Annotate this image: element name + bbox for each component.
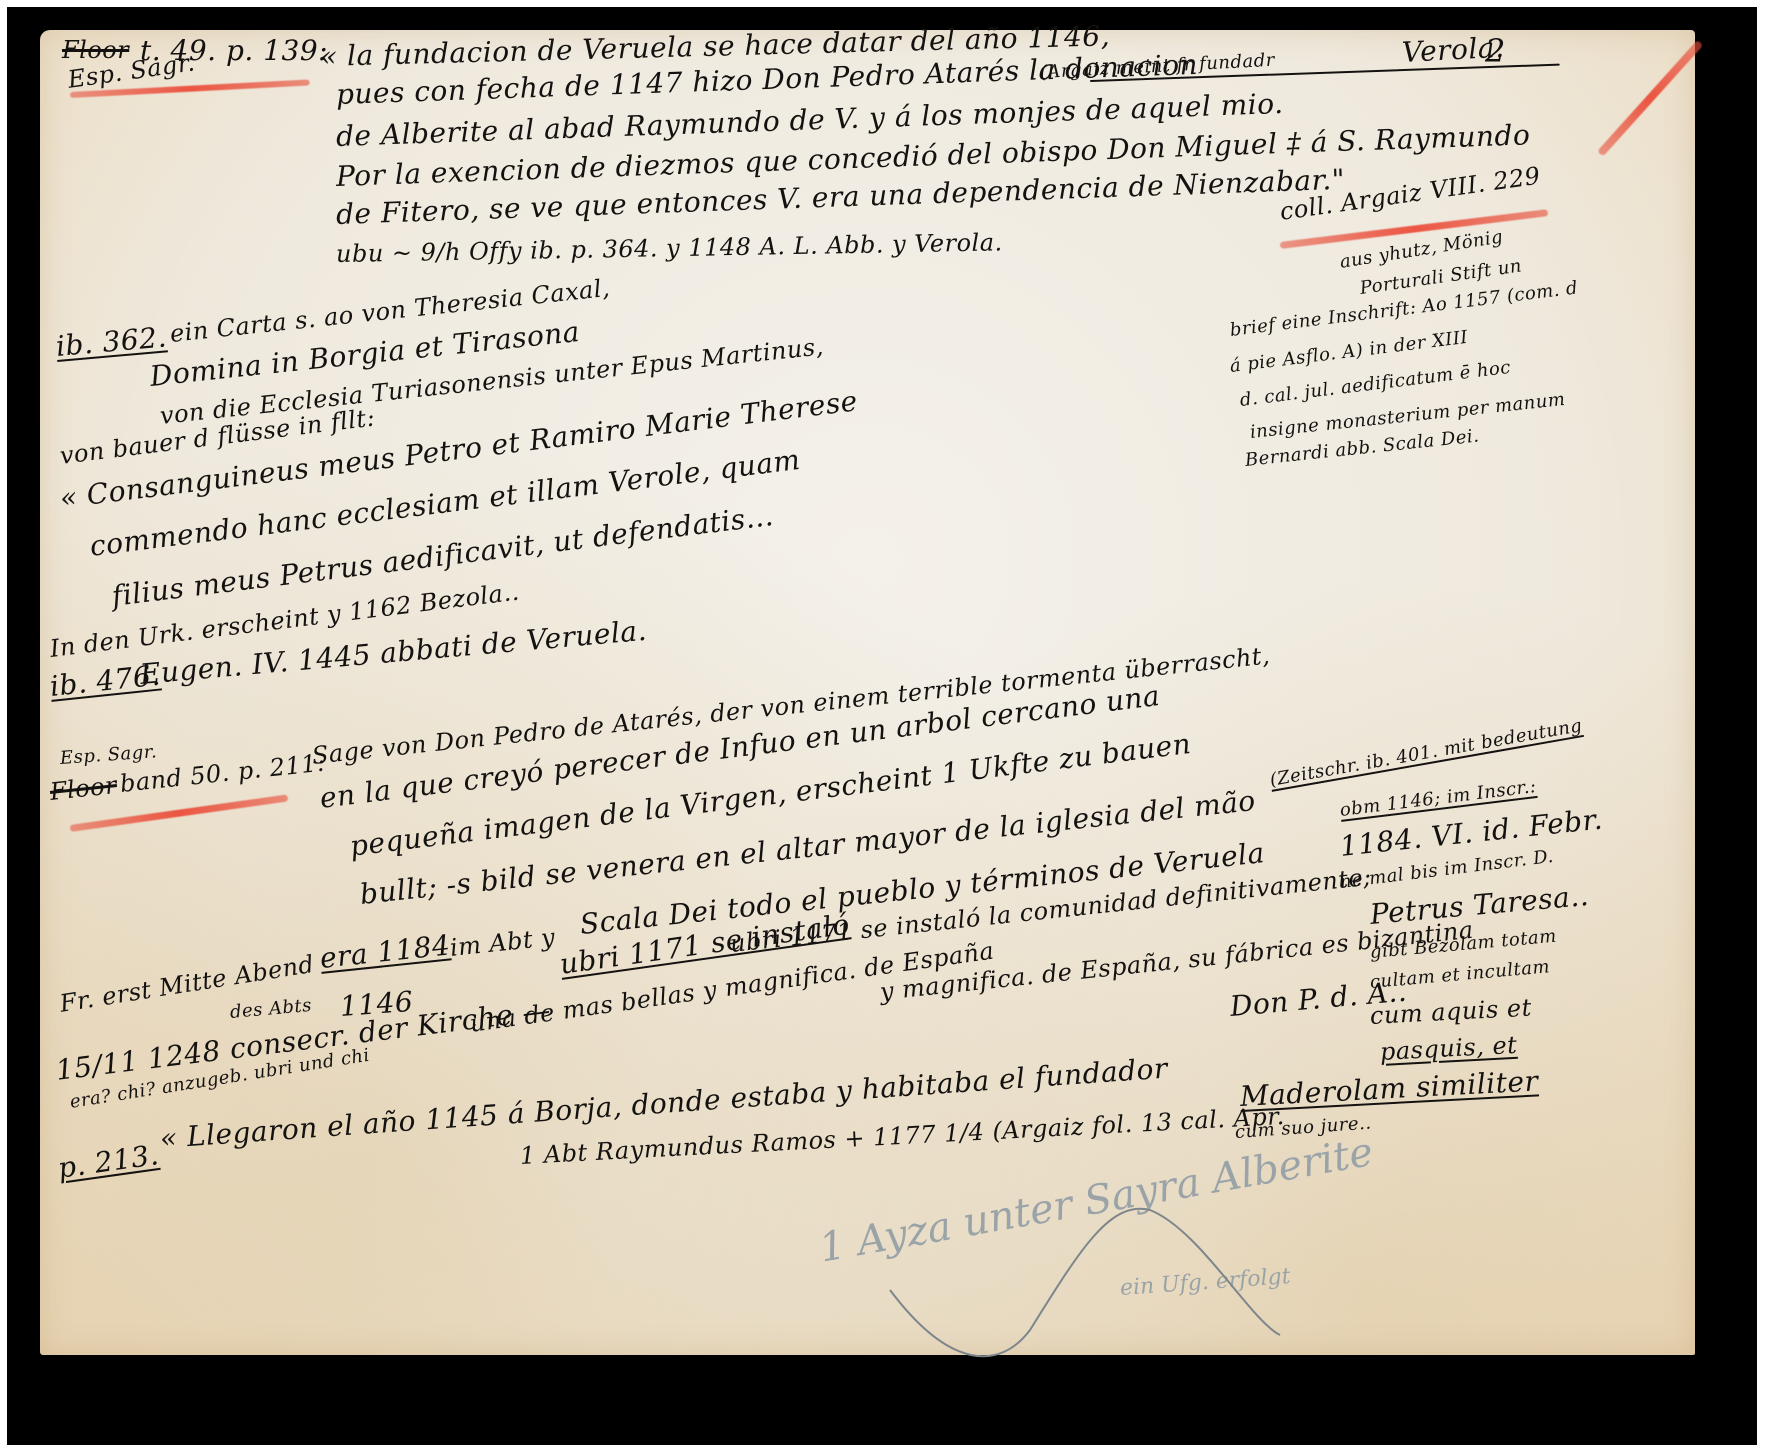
s5-line-2a: des Abts	[229, 995, 313, 1023]
s5-line-1b: im Abt y	[449, 923, 557, 962]
s6-ref: p. 213.	[56, 1138, 161, 1185]
s4-aside-1: (Zeitschr. ib. 401. mit bedeutung	[1268, 715, 1584, 791]
s5-line-1a: era 1184	[318, 928, 452, 974]
s4-aside-9: pasquis, et	[1379, 1031, 1518, 1066]
s1-line-6: ubu ~ 9/h Offy ib. p. 364. y 1148 A. L. …	[336, 228, 1003, 268]
manuscript-page: Floor t. 49. p. 139: Esp. Sagr. Verola. …	[40, 30, 1695, 1355]
corner-number: 2	[1485, 32, 1506, 70]
s4-ref-struck: Floor	[49, 771, 119, 806]
red-corner-mark	[1597, 40, 1703, 157]
s2-ref: ib. 362.	[55, 320, 168, 363]
pencil-curve	[820, 1170, 1340, 1370]
s4-ref-top: Esp. Sagr.	[59, 741, 158, 769]
s4-aside-10: Maderolam similiter	[1239, 1064, 1539, 1113]
